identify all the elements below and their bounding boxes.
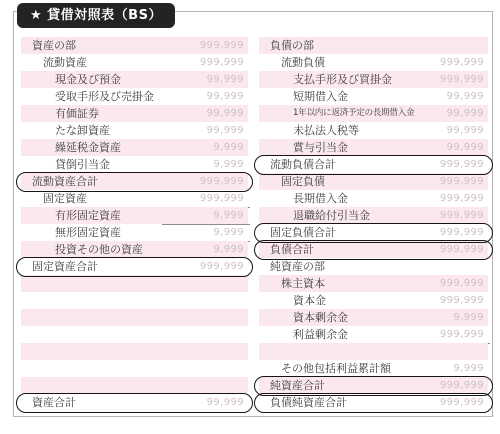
row-label: 支払手形及び買掛金	[259, 71, 392, 88]
table-row: 貸倒引当金9,999	[21, 156, 248, 173]
table-row: 資本金999,999	[259, 292, 488, 309]
row-label: 資本金	[259, 292, 326, 309]
total-row: 負債合計999,999	[259, 241, 488, 258]
table-row: 無形固定資産9,999	[21, 224, 248, 241]
empty-row	[21, 360, 248, 377]
row-value: 99,999	[447, 91, 488, 102]
table-row: 長期借入金999,999	[259, 190, 488, 207]
row-value: 999,999	[200, 193, 248, 204]
row-value: 99,999	[207, 91, 248, 102]
balance-sheet-table: 資産の部999,999流動資産999,999現金及び預金99,999受取手形及び…	[13, 11, 493, 417]
row-value: 9,999	[213, 142, 248, 153]
table-row: 純資産の部	[259, 258, 488, 275]
empty-row	[21, 343, 248, 360]
row-label: 繰延税金資産	[21, 139, 121, 156]
table-row: 固定資産999,999	[21, 190, 248, 207]
empty-row	[259, 343, 488, 360]
row-value: 999,999	[200, 176, 248, 187]
row-value: 999,999	[440, 244, 488, 255]
row-label: 投資その他の資産	[21, 241, 143, 258]
row-value: 9,999	[453, 363, 488, 374]
balance-sheet-figure: ★ 貸借対照表（BS） 資産の部999,999流動資産999,999現金及び預金…	[0, 0, 500, 434]
row-value: 999,999	[440, 210, 488, 221]
row-label: 1年以内に返済予定の長期借入金	[259, 105, 414, 122]
total-row: 純資産合計999,999	[259, 377, 488, 394]
table-row: 受取手形及び売掛金99,999	[21, 88, 248, 105]
row-value: 999,999	[200, 40, 248, 51]
row-label: 現金及び預金	[21, 71, 121, 88]
row-label: 固定負債	[259, 173, 325, 190]
row-value: 9,999	[453, 312, 488, 323]
empty-row	[21, 275, 248, 292]
table-row: 有価証券99,999	[21, 105, 248, 122]
row-label: 長期借入金	[259, 190, 348, 207]
table-row: 賞与引当金99,999	[259, 139, 488, 156]
page-title: ★ 貸借対照表（BS）	[17, 3, 175, 28]
row-value: 999,999	[440, 227, 488, 238]
assets-column: 資産の部999,999流動資産999,999現金及び預金99,999受取手形及び…	[21, 37, 248, 411]
row-label: たな卸資産	[21, 122, 110, 139]
table-row: 投資その他の資産9,999	[21, 241, 248, 258]
total-row: 流動資産合計999,999	[21, 173, 248, 190]
table-row: 支払手形及び買掛金999,999	[259, 71, 488, 88]
empty-row	[21, 292, 248, 309]
empty-row	[21, 326, 248, 343]
row-label: 負債合計	[259, 241, 314, 258]
row-value: 999,999	[440, 57, 488, 68]
row-label: 賞与引当金	[259, 139, 348, 156]
row-value: 99,999	[207, 397, 248, 408]
row-label: 無形固定資産	[21, 224, 121, 241]
row-label: 資産合計	[21, 394, 76, 411]
row-value: 999,999	[200, 57, 248, 68]
row-label: 利益剰余金	[259, 326, 348, 343]
row-label: 有形固定資産	[21, 207, 121, 224]
row-label: 流動資産合計	[21, 173, 98, 190]
row-label: 資産の部	[21, 37, 76, 54]
row-value: 99,999	[447, 125, 488, 136]
row-value: 999,999	[440, 380, 488, 391]
row-label: 固定負債合計	[259, 224, 336, 241]
table-row: 未払法人税等99,999	[259, 122, 488, 139]
table-row: その他包括利益累計額9,999	[259, 360, 488, 377]
table-row: 現金及び預金99,999	[21, 71, 248, 88]
row-label: 流動資産	[21, 54, 87, 71]
row-value: 99,999	[207, 125, 248, 136]
table-row: 利益剰余金999,999	[259, 326, 488, 343]
row-value: 999,999	[440, 295, 488, 306]
row-label: 有価証券	[21, 105, 99, 122]
row-label: 流動負債合計	[259, 156, 336, 173]
total-row: 固定資産合計999,999	[21, 258, 248, 275]
row-value: 999,999	[440, 193, 488, 204]
row-label: 流動負債	[259, 54, 325, 71]
row-value: 999,999	[440, 159, 488, 170]
table-row: 資産の部999,999	[21, 37, 248, 54]
row-value: 999,999	[440, 397, 488, 408]
table-row: 退職給付引当金999,999	[259, 207, 488, 224]
row-value: 99,999	[207, 74, 248, 85]
total-row: 資産合計99,999	[21, 394, 248, 411]
row-label: 固定資産	[21, 190, 87, 207]
row-value: 999,999	[440, 329, 488, 340]
table-row: 短期借入金99,999	[259, 88, 488, 105]
row-label: 固定資産合計	[21, 258, 98, 275]
row-value: 9,999	[213, 227, 248, 238]
row-value: 9,999	[213, 210, 248, 221]
table-row: 株主資本999,999	[259, 275, 488, 292]
row-label: 未払法人税等	[259, 122, 359, 139]
row-label: 純資産合計	[259, 377, 325, 394]
table-row: 負債の部	[259, 37, 488, 54]
row-value: 999,999	[440, 74, 488, 85]
row-value: 9,999	[213, 244, 248, 255]
table-row: たな卸資産99,999	[21, 122, 248, 139]
row-label: 資本剰余金	[259, 309, 348, 326]
row-value: 99,999	[207, 108, 248, 119]
row-label: 負債純資産合計	[259, 394, 347, 411]
table-row: 資本剰余金9,999	[259, 309, 488, 326]
table-row: 流動資産999,999	[21, 54, 248, 71]
row-label: 短期借入金	[259, 88, 348, 105]
table-row: 流動負債999,999	[259, 54, 488, 71]
row-label: 退職給付引当金	[259, 207, 370, 224]
row-label: 純資産の部	[259, 258, 325, 275]
row-label: 負債の部	[259, 37, 314, 54]
empty-row	[21, 377, 248, 394]
row-value: 999,999	[200, 261, 248, 272]
row-value: 999,999	[440, 176, 488, 187]
row-value: 99,999	[447, 108, 488, 119]
table-row: 1年以内に返済予定の長期借入金99,999	[259, 105, 488, 122]
row-label: 貸倒引当金	[21, 156, 110, 173]
row-value: 999,999	[440, 278, 488, 289]
total-row: 流動負債合計999,999	[259, 156, 488, 173]
table-row: 有形固定資産9,999	[21, 207, 248, 224]
total-row: 固定負債合計999,999	[259, 224, 488, 241]
table-row: 繰延税金資産9,999	[21, 139, 248, 156]
empty-row	[21, 309, 248, 326]
table-row: 固定負債999,999	[259, 173, 488, 190]
row-label: 受取手形及び売掛金	[21, 88, 154, 105]
row-value: 99,999	[447, 142, 488, 153]
row-value: 9,999	[213, 159, 248, 170]
row-label: 株主資本	[259, 275, 325, 292]
row-label: その他包括利益累計額	[259, 360, 391, 377]
liabilities-column: 負債の部流動負債999,999支払手形及び買掛金999,999短期借入金99,9…	[259, 37, 488, 411]
total-row: 負債純資産合計999,999	[259, 394, 488, 411]
